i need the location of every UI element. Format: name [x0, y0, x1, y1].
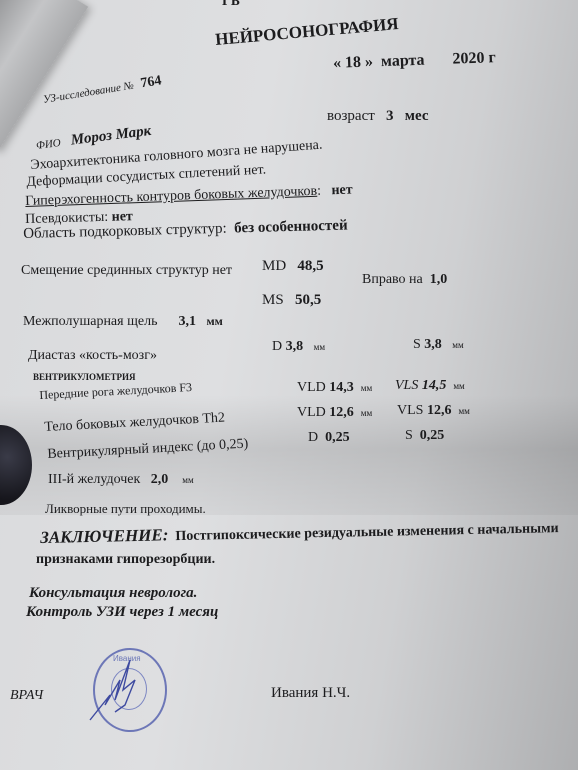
midline-shift: Вправо на 1,0 — [362, 272, 447, 288]
vent-row-left: D 0,25 — [308, 430, 350, 446]
recommendation: Контроль УЗИ через 1 месяц — [26, 604, 218, 621]
header-fragment: ГБ — [222, 0, 240, 10]
date-month: марта — [381, 52, 425, 71]
signature-icon — [85, 650, 155, 730]
document-page: ГБ НЕЙРОСОНОГРАФИЯ « 18 » марта 2020 г У… — [0, 0, 578, 770]
csf-pathways: Ликворные пути проходимы. — [45, 501, 206, 517]
vent-row-right: S 0,25 — [405, 428, 444, 444]
conclusion: ЗАКЛЮЧЕНИЕ: Постгипоксические резидуальн… — [40, 517, 559, 548]
study-number: УЗ-исследование № 764 — [42, 73, 163, 108]
report-date: « 18 » марта 2020 г — [333, 49, 496, 73]
patient-age: возраст 3 мес — [327, 108, 429, 125]
midline-label: Смещение срединных структур нет — [21, 263, 232, 279]
vent-row-left: VLD 14,3 мм — [297, 380, 372, 396]
interhemispheric: Межполушарная щель 3,1 мм — [23, 314, 223, 330]
midline-md: MD 48,5 — [262, 258, 324, 275]
date-day: 18 — [345, 54, 362, 72]
patient-name: ФИО Мороз Марк — [35, 123, 152, 154]
vent-row-left: VLD 12,6 мм — [297, 405, 372, 421]
bone-brain-label: Диастаз «кость-мозг» — [28, 348, 157, 364]
vent-row-right: VLS 12,6 мм — [397, 403, 470, 419]
doctor-label: ВРАЧ — [10, 688, 43, 704]
vent-row-right: VLS 14,5 мм — [395, 378, 465, 394]
midline-ms: MS 50,5 — [262, 292, 321, 309]
conclusion-line2: признаками гипорезорбции. — [36, 552, 215, 568]
ventriculometry-heading: ВЕНТРИКУЛОМЕТРИЯ — [33, 372, 135, 382]
page-title: НЕЙРОСОНОГРАФИЯ — [214, 14, 399, 50]
third-ventricle: III-й желудочек 2,0 мм — [48, 472, 194, 488]
doctor-name: Ивания Н.Ч. — [271, 685, 350, 702]
bone-brain-d: D 3,8 мм — [272, 339, 325, 355]
date-year: 2020 г — [452, 49, 496, 67]
bone-brain-s: S 3,8 мм — [413, 337, 464, 353]
recommendation: Консультация невролога. — [29, 585, 197, 602]
paper-fold — [0, 0, 88, 151]
